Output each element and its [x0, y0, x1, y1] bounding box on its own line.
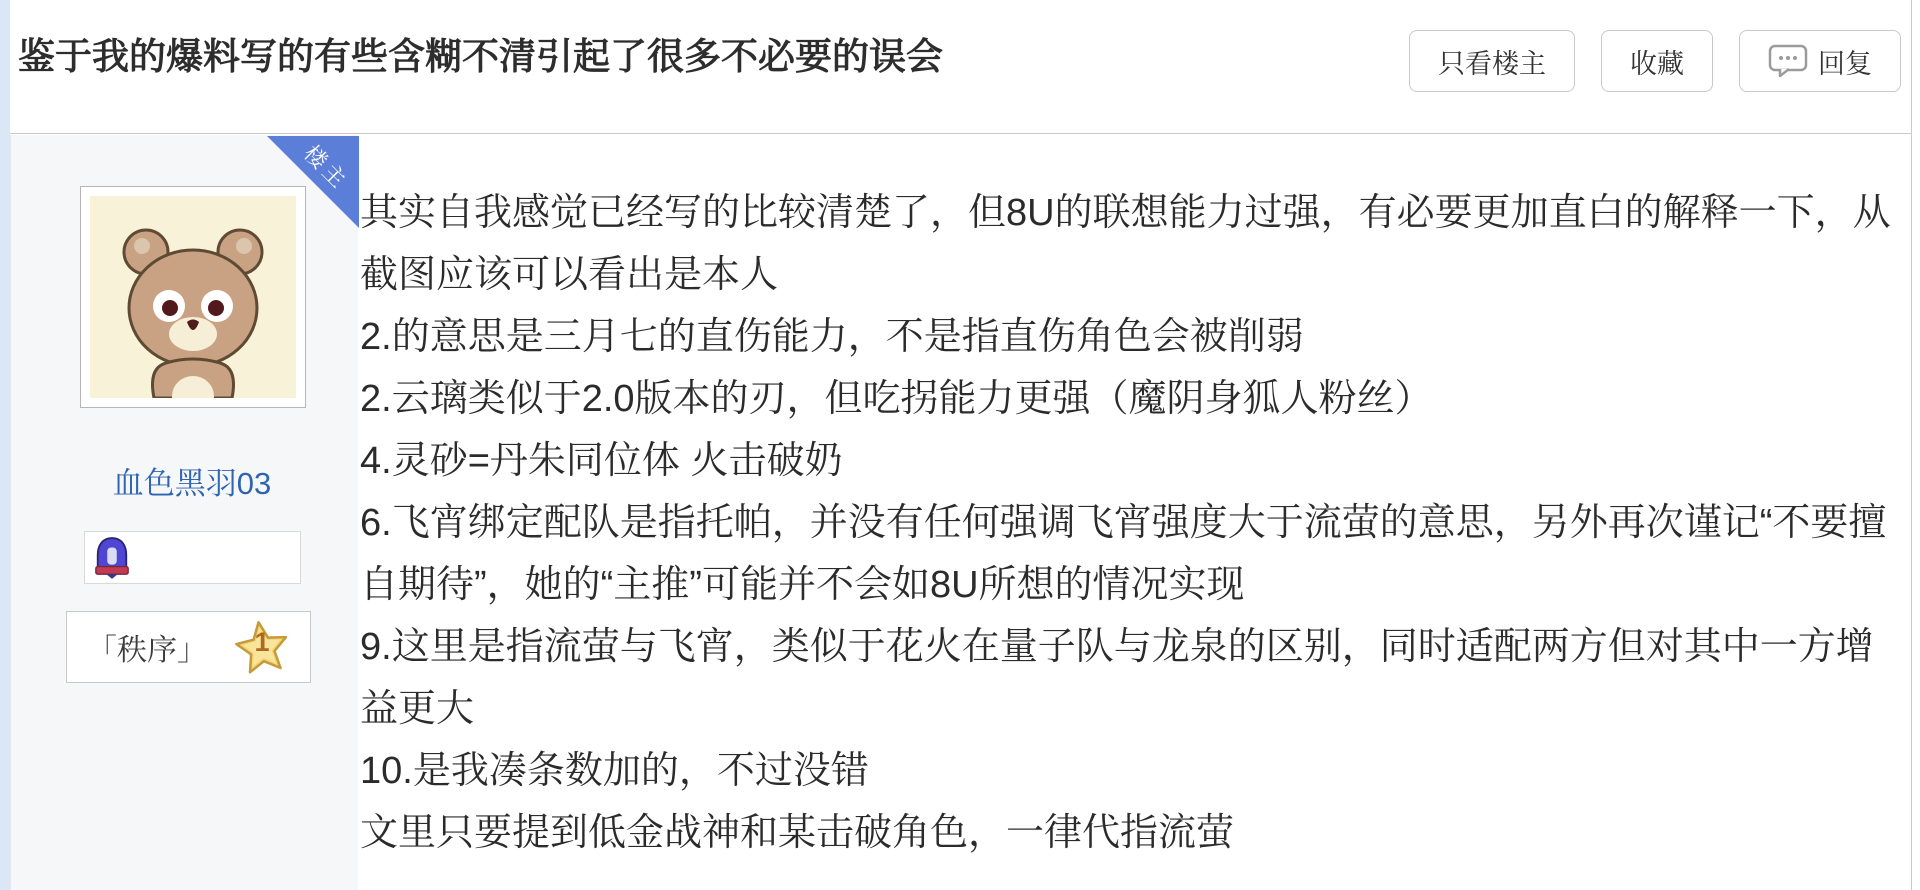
author-level-title: 「秩序」 [87, 625, 207, 669]
page-left-accent-strip [0, 0, 10, 890]
page-right-border [1911, 0, 1912, 890]
post-text-line: 益更大 [360, 678, 1905, 740]
avatar[interactable] [80, 186, 306, 408]
post-text-line: 6.飞宵绑定配队是指托帕，并没有任何强调飞宵强度大于流萤的意思，另外再次谨记“不… [360, 492, 1905, 554]
reply-button-label: 回复 [1818, 42, 1872, 81]
author-username[interactable]: 血色黑羽03 [11, 466, 359, 502]
reply-button[interactable]: 回复 [1739, 30, 1901, 92]
thread-title: 鉴于我的爆料写的有些含糊不清引起了很多不必要的误会 [18, 34, 943, 80]
medal-badge-icon[interactable] [93, 536, 131, 580]
bear-avatar-illustration [90, 196, 296, 398]
post-floor: 血色黑羽03 「秩序」 [10, 135, 1911, 890]
forum-thread-page: 鉴于我的爆料写的有些含糊不清引起了很多不必要的误会 只看楼主 收藏 [0, 0, 1920, 890]
post-text-line: 2.云璃类似于2.0版本的刃，但吃拐能力更强（魔阴身狐人粉丝） [360, 368, 1905, 430]
level-star-icon[interactable]: 1 [234, 619, 290, 675]
thread-header: 鉴于我的爆料写的有些含糊不清引起了很多不必要的误会 只看楼主 收藏 [10, 0, 1911, 134]
favorite-button[interactable]: 收藏 [1601, 30, 1713, 92]
author-badge-box [84, 531, 301, 584]
post-text-line: 其实自我感觉已经写的比较清楚了，但8U的联想能力过强，有必要更加直白的解释一下，… [360, 182, 1905, 244]
speech-bubble-icon [1768, 44, 1808, 78]
level-star-value: 1 [234, 627, 290, 658]
author-sidebar: 血色黑羽03 「秩序」 [10, 135, 358, 890]
post-text-line: 截图应该可以看出是本人 [360, 244, 1905, 306]
post-content: 其实自我感觉已经写的比较清楚了，但8U的联想能力过强，有必要更加直白的解释一下，… [360, 182, 1905, 864]
post-text-line: 文里只要提到低金战神和某击破角色，一律代指流萤 [360, 802, 1905, 864]
post-text-line: 10.是我凑条数加的，不过没错 [360, 740, 1905, 802]
post-text-line: 自期待”，她的“主推”可能并不会如8U所想的情况实现 [360, 554, 1905, 616]
post-text-line: 9.这里是指流萤与飞宵，类似于花火在量子队与龙泉的区别，同时适配两方但对其中一方… [360, 616, 1905, 678]
favorite-button-label: 收藏 [1630, 42, 1684, 81]
post-text-line: 2.的意思是三月七的直伤能力，不是指直伤角色会被削弱 [360, 306, 1905, 368]
only-op-button-label: 只看楼主 [1438, 42, 1546, 81]
author-level-box: 「秩序」 1 [66, 611, 311, 683]
only-op-button[interactable]: 只看楼主 [1409, 30, 1575, 92]
thread-action-buttons: 只看楼主 收藏 回复 [1409, 30, 1901, 92]
post-text-line: 4.灵砂=丹朱同位体 火击破奶 [360, 430, 1905, 492]
